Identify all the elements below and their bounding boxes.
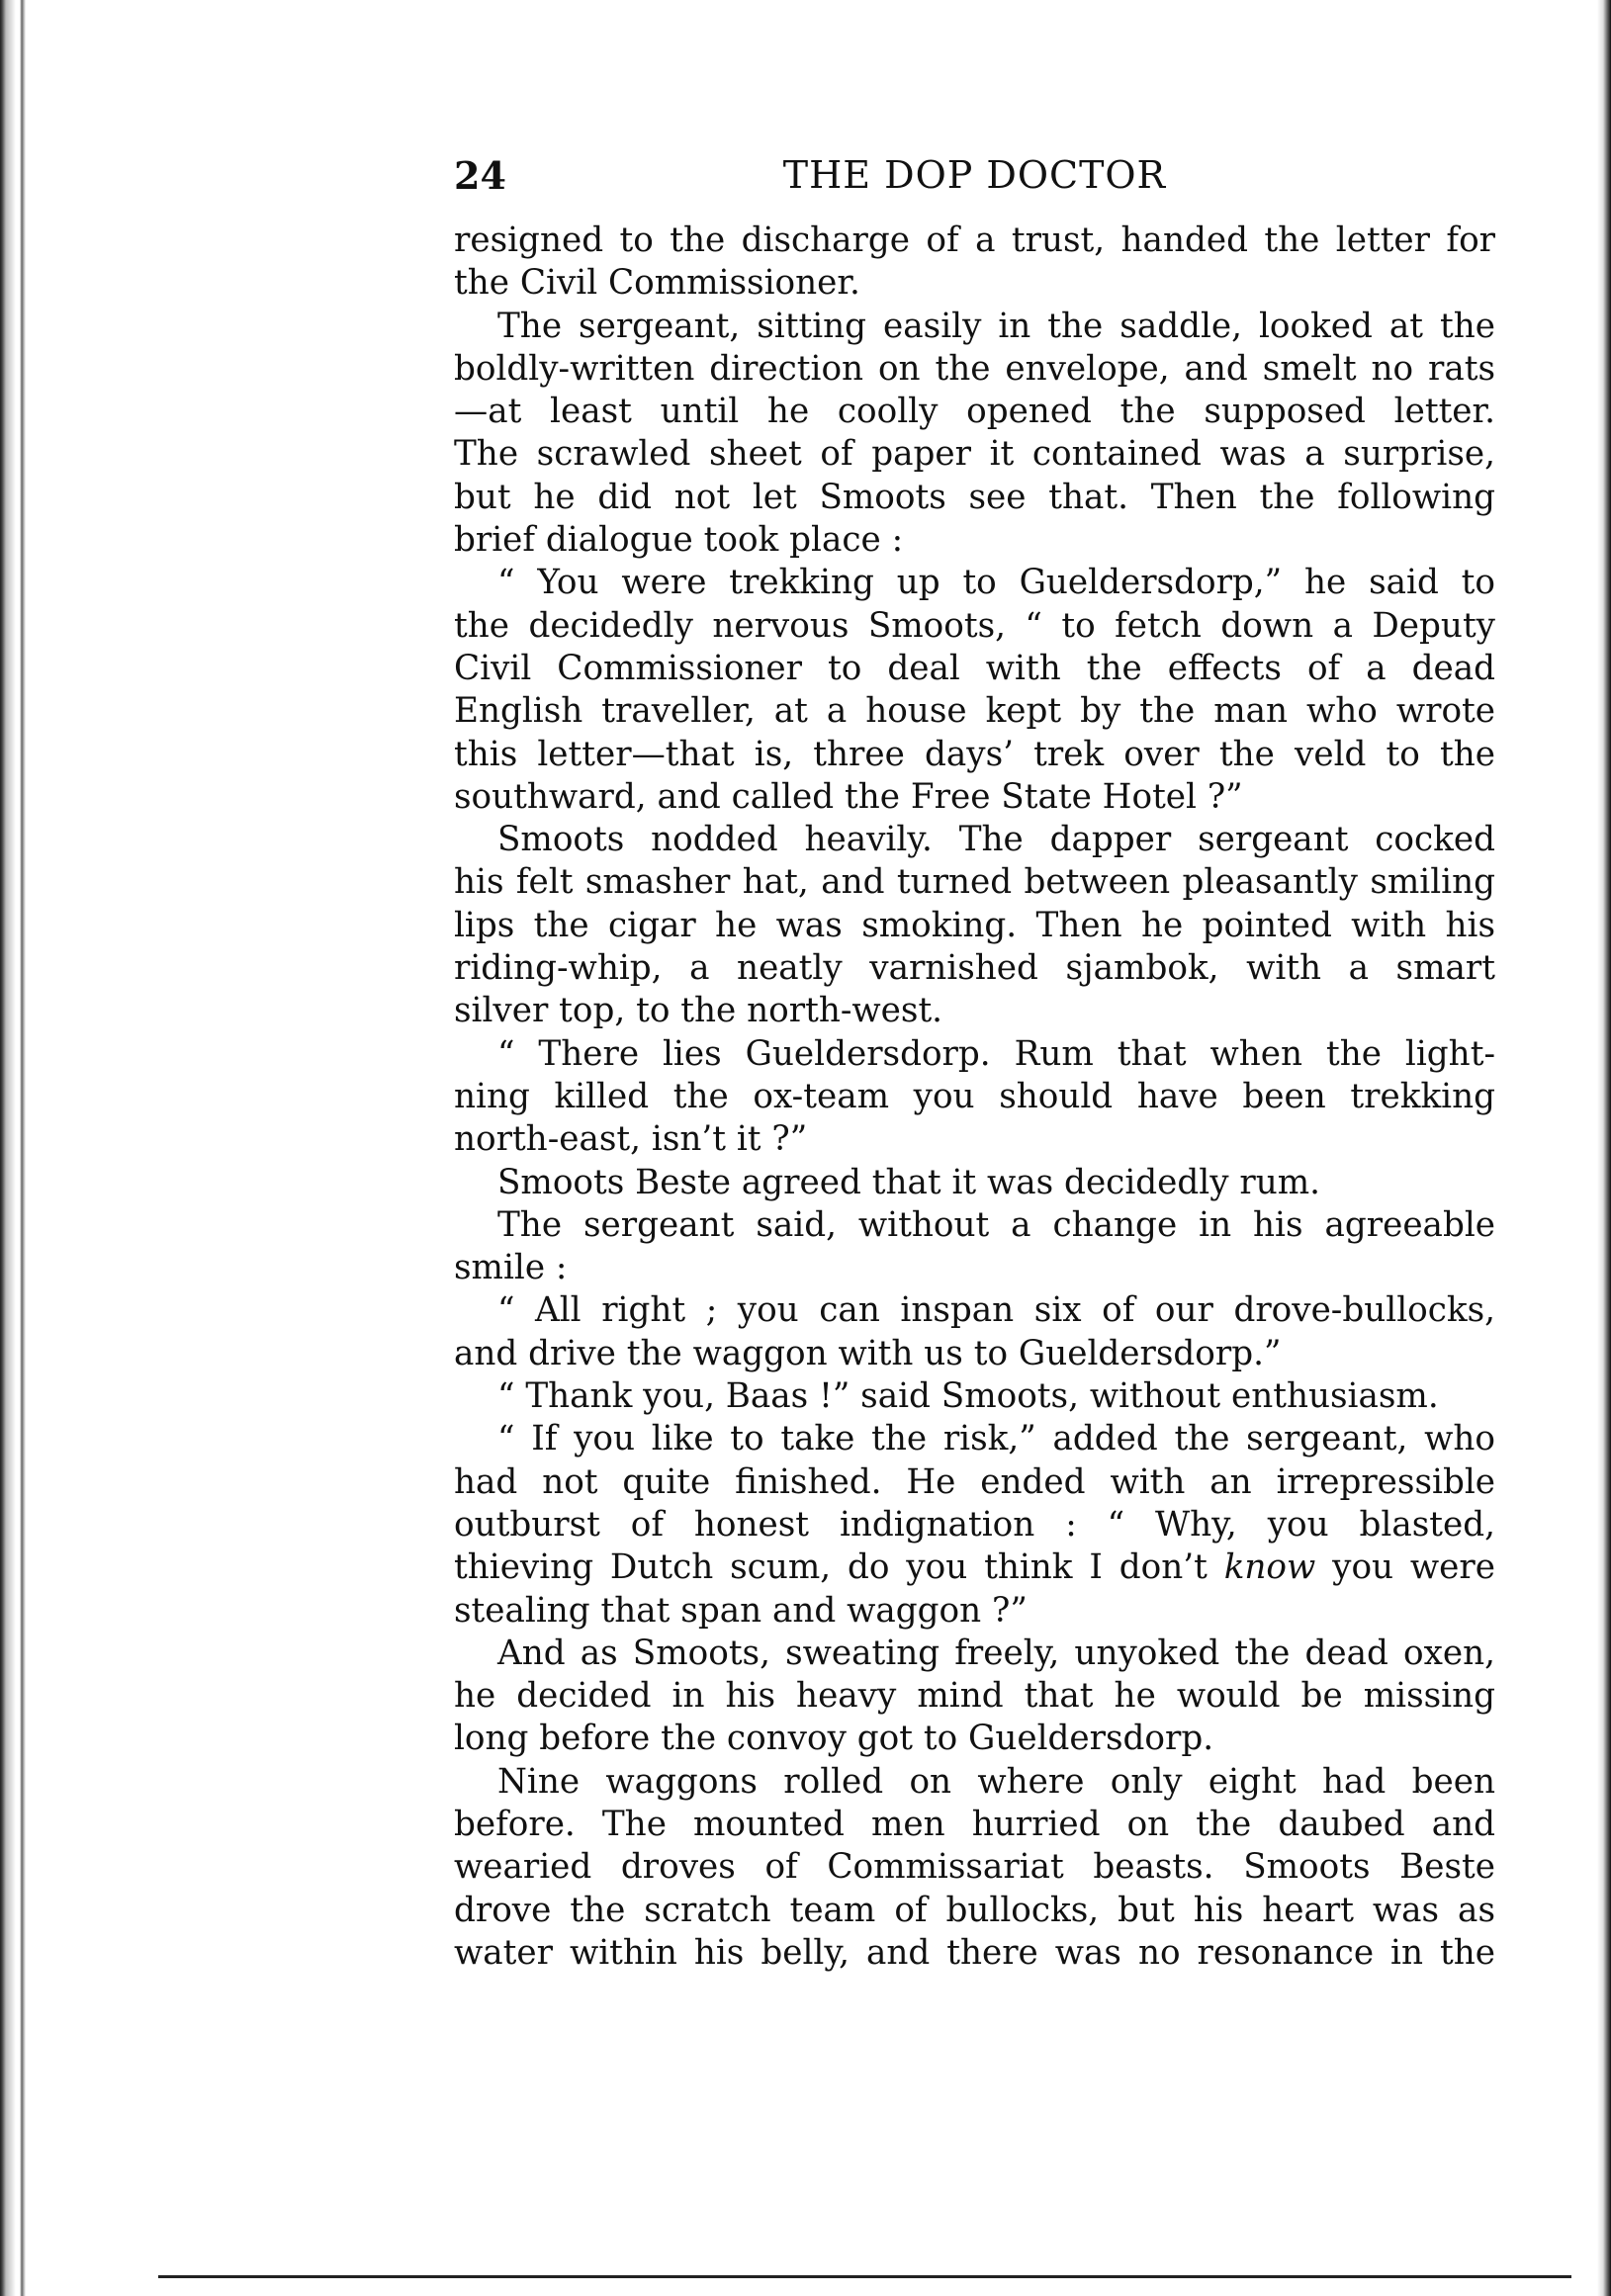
text-line: Smoots Beste agreed that it was decidedl… <box>454 1162 1495 1204</box>
text-line: but he did not let Smoots see that. Then… <box>454 477 1495 519</box>
text-line: the decidedly nervous Smoots, “ to fetch… <box>454 605 1495 648</box>
text-line: The sergeant said, without a change in h… <box>454 1204 1495 1247</box>
body-text: resigned to the discharge of a trust, ha… <box>454 220 1495 1975</box>
paragraph: “ You were trekking up to Gueldersdorp,”… <box>454 562 1495 819</box>
text-line: thieving Dutch scum, do you think I don’… <box>454 1546 1495 1589</box>
text-line: The scrawled sheet of paper it contained… <box>454 433 1495 476</box>
page-header: 24 THE DOP DOCTOR <box>454 153 1495 203</box>
text-line: The sergeant, sitting easily in the sadd… <box>454 306 1495 348</box>
page-right-edge <box>1591 0 1611 2296</box>
running-title: THE DOP DOCTOR <box>454 153 1495 197</box>
text-line: his felt smasher hat, and turned between… <box>454 861 1495 904</box>
paragraph: And as Smoots, sweating freely, unyoked … <box>454 1633 1495 1761</box>
paragraph: “ If you like to take the risk,” added t… <box>454 1418 1495 1632</box>
paragraph: “ All right ; you can inspan six of our … <box>454 1289 1495 1375</box>
paragraph: “ There lies Gueldersdorp. Rum that when… <box>454 1033 1495 1162</box>
text-line: he decided in his heavy mind that he wou… <box>454 1675 1495 1718</box>
text-line: had not quite finished. He ended with an… <box>454 1461 1495 1504</box>
text-line: And as Smoots, sweating freely, unyoked … <box>454 1633 1495 1675</box>
text-line: “ You were trekking up to Gueldersdorp,”… <box>454 562 1495 604</box>
page-binding-edge <box>0 0 34 2296</box>
text-line: “ There lies Gueldersdorp. Rum that when… <box>454 1033 1495 1076</box>
text-line: outburst of honest indignation : “ Why, … <box>454 1504 1495 1546</box>
text-line: southward, and called the Free State Hot… <box>454 776 1495 819</box>
text-line: the Civil Commissioner. <box>454 262 1495 305</box>
text-line: north-east, isn’t it ?” <box>454 1118 1495 1161</box>
paragraph: Smoots Beste agreed that it was decidedl… <box>454 1162 1495 1204</box>
text-line: smile : <box>454 1247 1495 1289</box>
text-line: drove the scratch team of bullocks, but … <box>454 1890 1495 1932</box>
text-line: riding-whip, a neatly varnished sjambok,… <box>454 947 1495 990</box>
text-line: this letter—that is, three days’ trek ov… <box>454 734 1495 776</box>
text-line: before. The mounted men hurried on the d… <box>454 1804 1495 1846</box>
paragraph: resigned to the discharge of a trust, ha… <box>454 220 1495 306</box>
paragraph: Nine waggons rolled on where only eight … <box>454 1761 1495 1975</box>
paragraph: The sergeant, sitting easily in the sadd… <box>454 306 1495 563</box>
text-line: boldly-written direction on the envelope… <box>454 348 1495 391</box>
text-line: long before the convoy got to Gueldersdo… <box>454 1718 1495 1760</box>
page-bottom-edge <box>158 2275 1571 2278</box>
paragraph: “ Thank you, Baas !” said Smoots, withou… <box>454 1375 1495 1418</box>
paragraph: The sergeant said, without a change in h… <box>454 1204 1495 1290</box>
text-line: “ All right ; you can inspan six of our … <box>454 1289 1495 1332</box>
text-line: resigned to the discharge of a trust, ha… <box>454 220 1495 262</box>
text-line: water within his belly, and there was no… <box>454 1932 1495 1975</box>
text-line: “ If you like to take the risk,” added t… <box>454 1418 1495 1460</box>
text-line: brief dialogue took place : <box>454 519 1495 562</box>
paragraph: Smoots nodded heavily. The dapper sergea… <box>454 819 1495 1032</box>
text-line: silver top, to the north-west. <box>454 990 1495 1032</box>
text-line: Smoots nodded heavily. The dapper sergea… <box>454 819 1495 861</box>
text-line: “ Thank you, Baas !” said Smoots, withou… <box>454 1375 1495 1418</box>
text-line: and drive the waggon with us to Guelders… <box>454 1333 1495 1375</box>
text-line: Civil Commissioner to deal with the effe… <box>454 648 1495 690</box>
text-line: wearied droves of Commissariat beasts. S… <box>454 1846 1495 1889</box>
text-line: stealing that span and waggon ?” <box>454 1590 1495 1633</box>
text-line: Nine waggons rolled on where only eight … <box>454 1761 1495 1804</box>
text-line: —at least until he coolly opened the sup… <box>454 391 1495 433</box>
text-line: lips the cigar he was smoking. Then he p… <box>454 905 1495 947</box>
text-line: English traveller, at a house kept by th… <box>454 690 1495 733</box>
text-line: ning killed the ox-team you should have … <box>454 1076 1495 1118</box>
